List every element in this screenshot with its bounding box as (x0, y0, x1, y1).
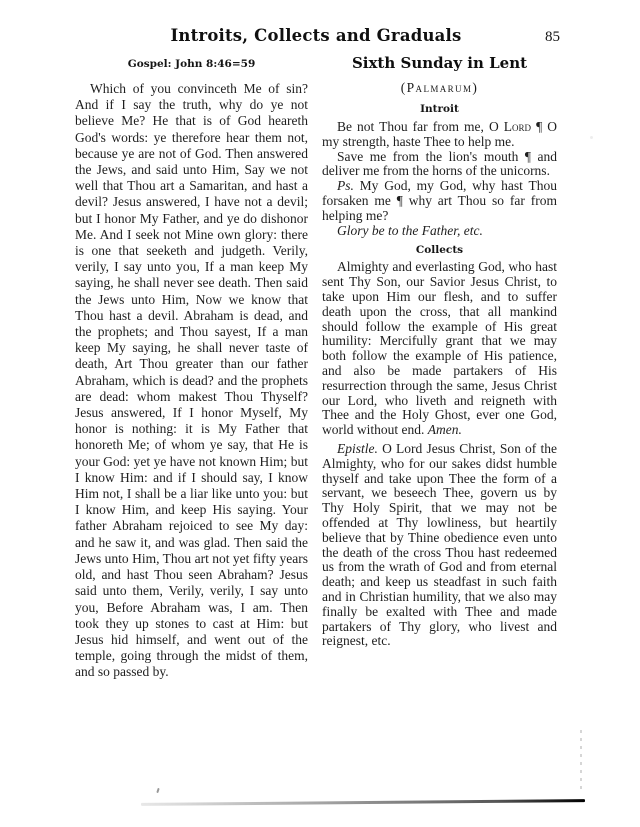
collect-paragraph: Almighty and everlasting God, who hast s… (322, 260, 557, 438)
psalm-label: Ps. (337, 178, 354, 193)
gospel-text: Which of you convinceth Me of sin? And i… (75, 81, 308, 681)
book-page: Introits, Collects and Graduals 85 Gospe… (0, 0, 640, 827)
page-bottom-rule (141, 799, 585, 805)
page-number: 85 (545, 29, 560, 46)
introit-psalm: Ps. My God, my God, why hast Thou forsak… (322, 179, 557, 223)
feast-title: Sixth Sunday in Lent (322, 55, 557, 72)
left-column: Gospel: John 8:46=59 Which of you convin… (75, 52, 308, 681)
epistle-paragraph: Epistle. O Lord Jesus Christ, Son of the… (322, 442, 557, 649)
running-header: Introits, Collects and Graduals (75, 26, 557, 46)
introit-verse-1-text: Be not Thou far from me, O (337, 119, 504, 134)
introit-heading: Introit (322, 103, 557, 115)
right-column: Sixth Sunday in Lent (Palmarum) Introit … (322, 52, 557, 681)
scan-artifact-speck (156, 788, 159, 793)
gloria-patri-line: Glory be to the Father, etc. (322, 224, 557, 239)
collects-heading: Collects (322, 244, 557, 256)
collect-amen: Amen. (428, 422, 462, 437)
introit-lord-smallcaps: Lord (504, 119, 531, 134)
text-columns: Gospel: John 8:46=59 Which of you convin… (75, 52, 557, 681)
epistle-text: O Lord Jesus Christ, Son of the Almighty… (322, 441, 557, 648)
gospel-heading: Gospel: John 8:46=59 (75, 58, 308, 70)
introit-verse-2: Save me from the lion's mouth ¶ and deli… (322, 150, 557, 180)
feast-subtitle: (Palmarum) (322, 80, 557, 95)
psalm-text: My God, my God, why hast Thou forsaken m… (322, 178, 557, 223)
scan-artifact-dot (590, 136, 593, 139)
page-title: Introits, Collects and Graduals (170, 26, 461, 45)
epistle-label: Epistle. (337, 441, 378, 456)
scan-artifact-dashes (580, 730, 582, 794)
collect-text: Almighty and everlasting God, who hast s… (322, 259, 557, 437)
introit-verse-1: Be not Thou far from me, O Lord ¶ O my s… (322, 120, 557, 150)
